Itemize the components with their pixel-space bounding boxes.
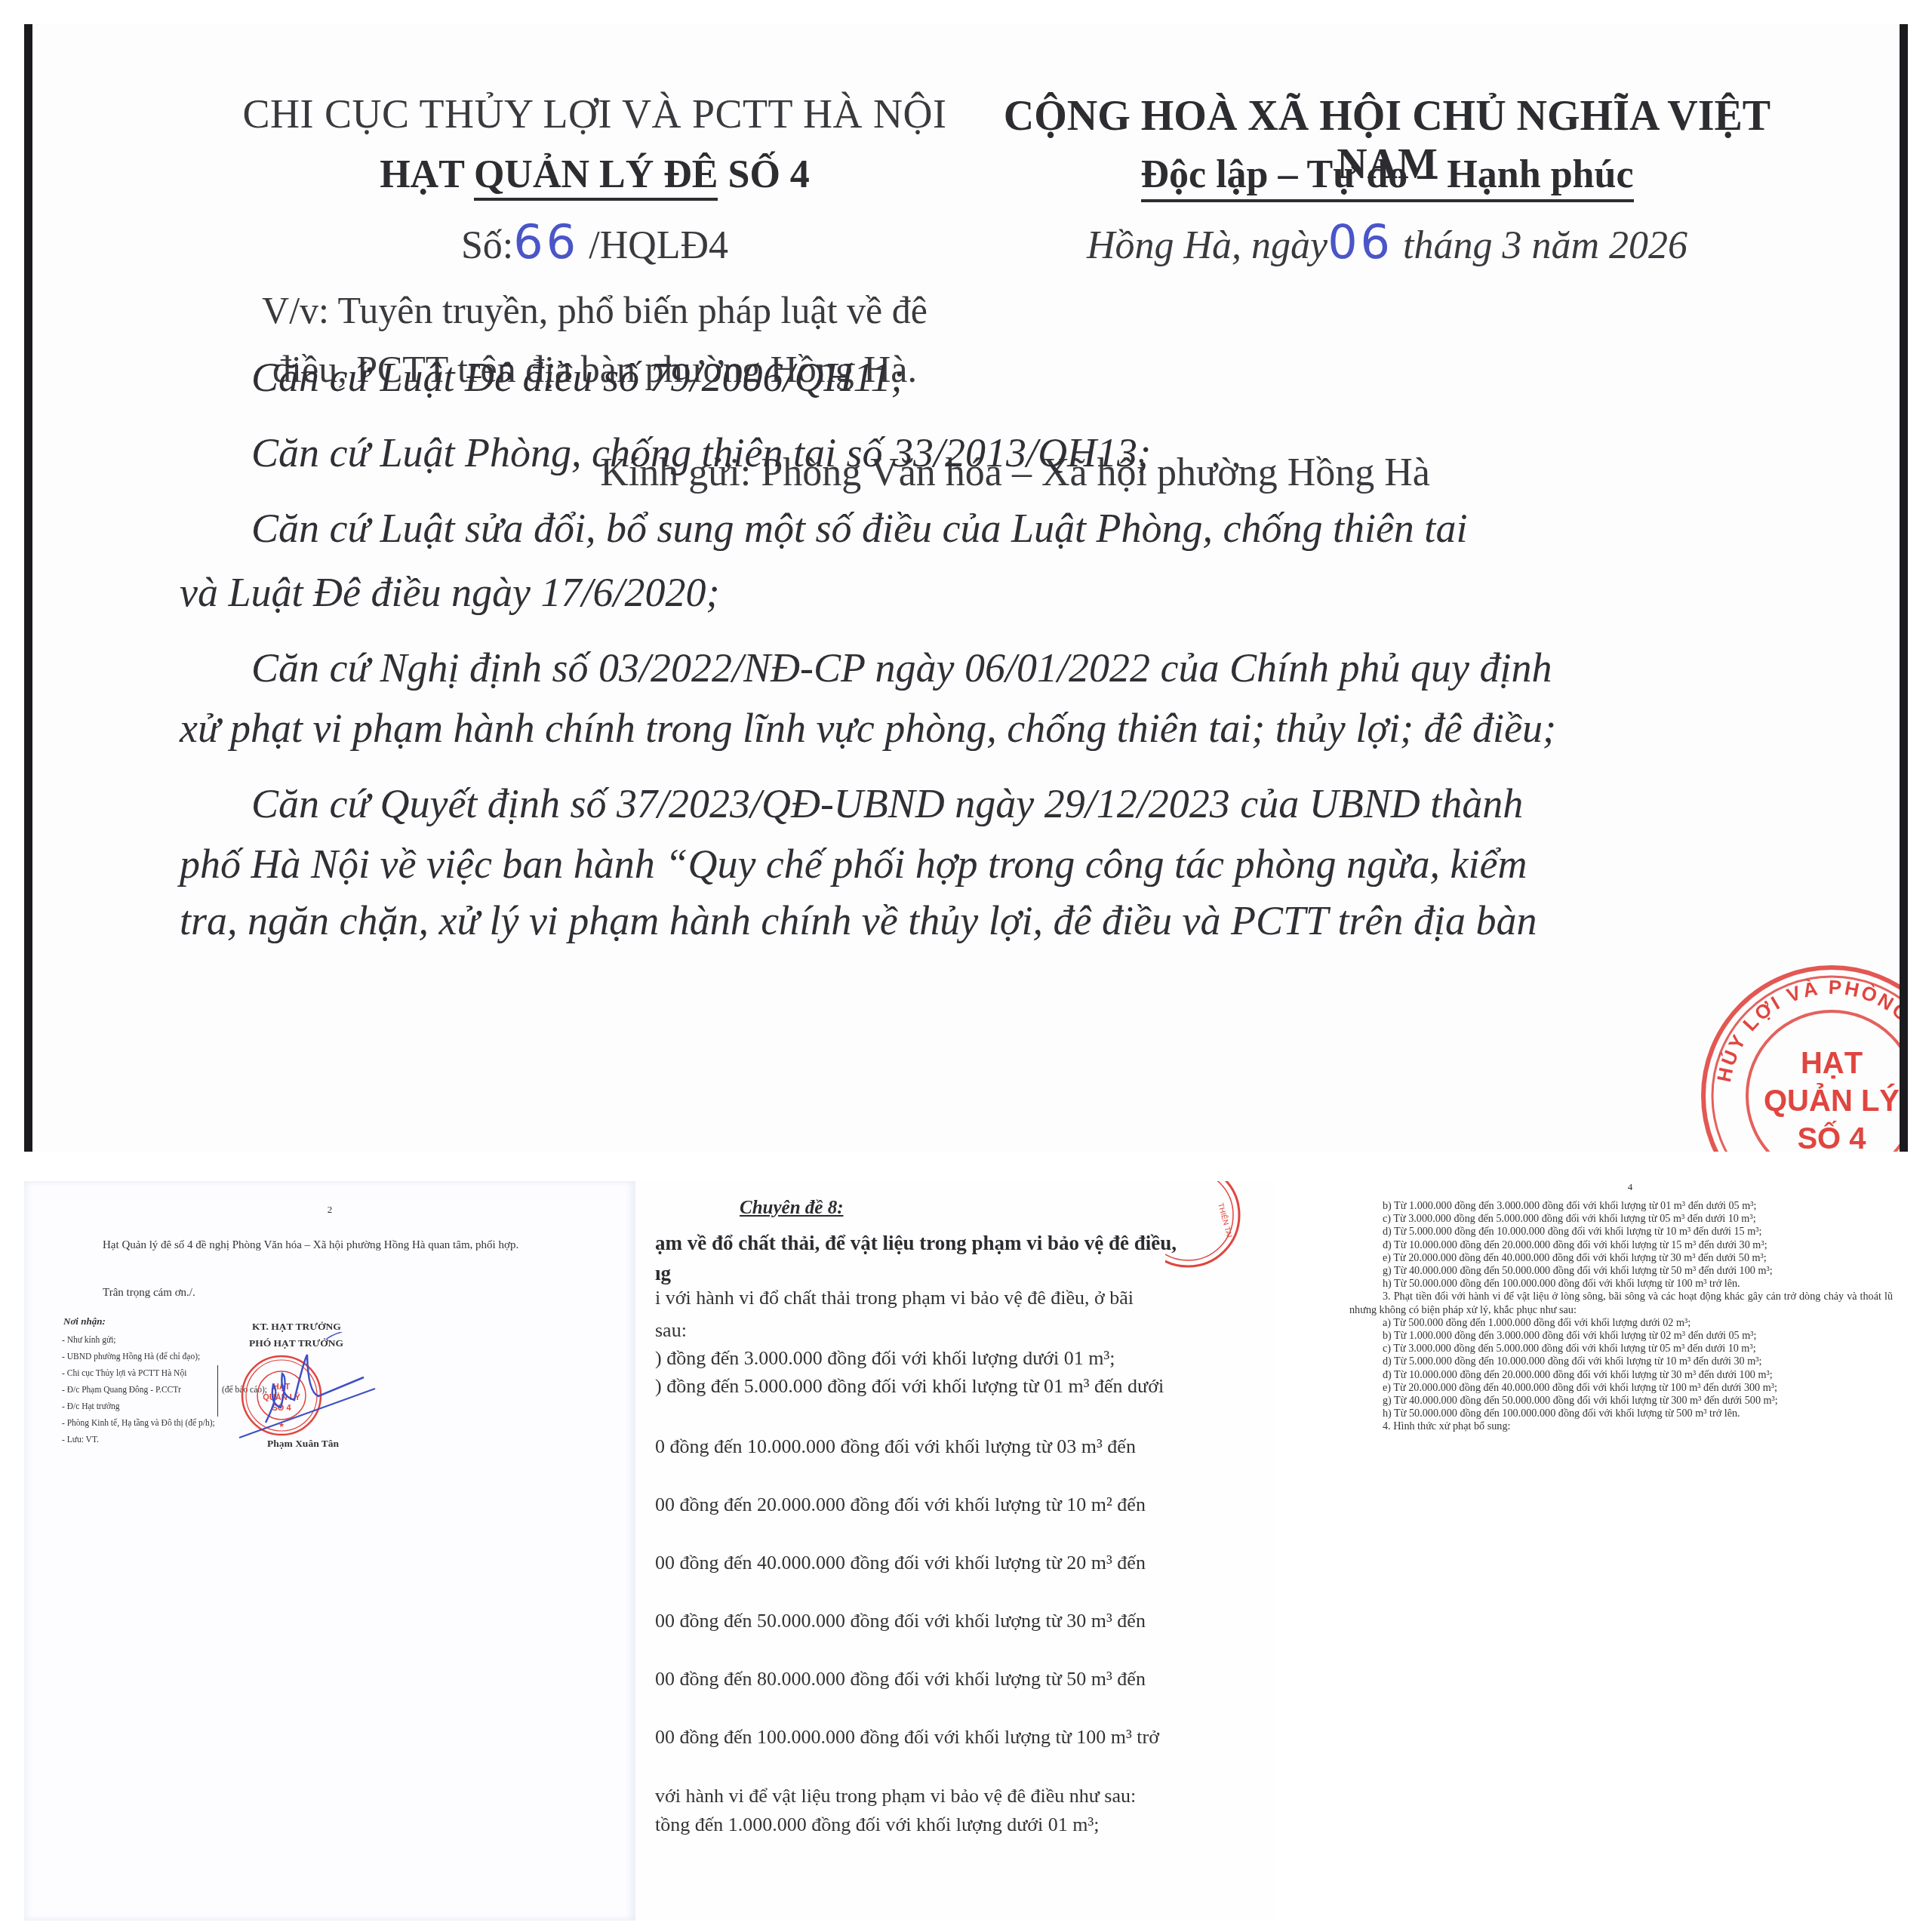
recipients-brace — [217, 1365, 218, 1417]
official-letter-page-1: CHI CỤC THỦY LỢI VÀ PCTT HÀ NỘI HẠT QUẢN… — [24, 24, 1908, 1152]
letter-page-2: 2 Hạt Quản lý đê số 4 đề nghị Phòng Văn … — [24, 1181, 635, 1921]
issuing-unit-underlined: QUẢN LÝ ĐÊ — [474, 153, 718, 201]
penalty-item: c) Từ 3.000.000 đồng đến 5.000.000 đồng … — [1349, 1343, 1893, 1355]
topic-line: ) đồng đến 5.000.000 đồng đối với khối l… — [655, 1375, 1164, 1398]
closing-thanks: Trân trọng cám ơn./. — [103, 1287, 195, 1300]
topic-8-page: Chuyên đề 8: ạm về đổ chất thải, để vật … — [635, 1181, 1277, 1921]
handwritten-signature-icon — [235, 1332, 386, 1445]
red-seal-stamp-icon: THIÊN TAI — [1165, 1181, 1277, 1272]
topic-line: i với hành vi đổ chất thải trong phạm vi… — [655, 1287, 1134, 1309]
recipient-item: - Đ/c Hạt trưởng — [62, 1398, 215, 1415]
svg-text:THIÊN TAI: THIÊN TAI — [1216, 1201, 1235, 1238]
svg-text:HẠT: HẠT — [1801, 1047, 1863, 1080]
issuing-agency: CHI CỤC THỦY LỢI VÀ PCTT HÀ NỘI — [221, 91, 968, 137]
topic-line: tồng đến 1.000.000 đồng đối với khối lượ… — [655, 1814, 1100, 1836]
penalty-clause-3: 3. Phạt tiền đối với hành vi để vật liệu… — [1349, 1291, 1893, 1316]
topic-line: 00 đồng đến 100.000.000 đồng đối với khố… — [655, 1726, 1159, 1749]
topic-line: 00 đồng đến 80.000.000 đồng đối với khối… — [655, 1668, 1146, 1690]
topic-line: 00 đồng đến 40.000.000 đồng đối với khối… — [655, 1552, 1146, 1574]
topic-line: ) đồng đến 3.000.000 đồng đối với khối l… — [655, 1347, 1115, 1370]
red-seal-stamp-icon: HỦY LỢI VÀ PHÒNG, CHỐNG HẠT QUẢN LÝ SỐ 4 — [1696, 960, 1908, 1152]
topic-heading: ạm về đổ chất thải, để vật liệu trong ph… — [655, 1228, 1177, 1288]
penalty-item: b) Từ 1.000.000 đồng đến 3.000.000 đồng … — [1349, 1330, 1893, 1343]
svg-text:QUẢN LÝ: QUẢN LÝ — [1764, 1083, 1900, 1118]
topic-line: 0 đồng đến 10.000.000 đồng đối với khối … — [655, 1435, 1136, 1458]
penalty-item: h) Từ 50.000.000 đồng đến 100.000.000 đồ… — [1349, 1278, 1893, 1291]
handwritten-day: 06 — [1327, 214, 1393, 269]
legal-basis-1: Căn cứ Luật Đê điều số 79/2006/QH11; — [251, 341, 1801, 414]
recipients-list: - Như kính gửi; - UBND phường Hồng Hà (đ… — [62, 1332, 215, 1448]
legal-basis-3-cont: và Luật Đê điều ngày 17/6/2020; — [180, 556, 1801, 629]
topic-line: 00 đồng đến 20.000.000 đồng đối với khối… — [655, 1494, 1146, 1516]
signer-name: Phạm Xuân Tân — [267, 1438, 339, 1450]
legal-basis-2: Căn cứ Luật Phòng, chống thiên tai số 33… — [251, 417, 1801, 489]
svg-text:SỐ 4: SỐ 4 — [1797, 1121, 1866, 1152]
penalty-item: c) Từ 3.000.000 đồng đến 5.000.000 đồng … — [1349, 1213, 1893, 1226]
page-number: 2 — [24, 1204, 635, 1216]
penalty-item: d) Từ 5.000.000 đồng đến 10.000.000 đồng… — [1349, 1226, 1893, 1238]
legal-basis-3: Căn cứ Luật sửa đổi, bổ sung một số điều… — [251, 492, 1801, 565]
recipient-item: - UBND phường Hồng Hà (để chỉ đạo); — [62, 1349, 215, 1365]
recipient-item: - Chi cục Thủy lợi và PCTT Hà Nội — [62, 1365, 215, 1382]
recipient-item: - Như kính gửi; — [62, 1332, 215, 1349]
clause-4-heading: 4. Hình thức xử phạt bổ sung: — [1349, 1420, 1893, 1433]
topic-line: với hành vi để vật liệu trong phạm vi bả… — [655, 1785, 1136, 1807]
penalty-item: g) Từ 40.000.000 đồng đến 50.000.000 đồn… — [1349, 1395, 1893, 1407]
national-motto: Độc lập – Tự do – Hạnh phúc — [961, 152, 1814, 197]
penalty-item: d) Từ 5.000.000 đồng đến 10.000.000 đồng… — [1349, 1355, 1893, 1368]
topic-title: Chuyên đề 8: — [740, 1198, 844, 1219]
recipients-title: Nơi nhận: — [63, 1315, 106, 1327]
legal-basis-5-cont2: tra, ngăn chặn, xử lý vi phạm hành chính… — [180, 884, 1801, 957]
penalty-list: b) Từ 1.000.000 đồng đến 3.000.000 đồng … — [1349, 1200, 1893, 1434]
recipient-item: - Đ/c Phạm Quang Đông - P.CCTr — [62, 1382, 215, 1398]
penalty-item: đ) Từ 10.000.000 đồng đến 20.000.000 đồn… — [1349, 1239, 1893, 1252]
recipient-item: - Lưu: VT. — [62, 1432, 215, 1448]
letter-page-4: 4 b) Từ 1.000.000 đồng đến 3.000.000 đồn… — [1343, 1181, 1932, 1932]
topic-line: 00 đồng đến 50.000.000 đồng đối với khối… — [655, 1610, 1146, 1632]
handwritten-number: 66 — [513, 214, 579, 269]
penalty-item: e) Từ 20.000.000 đồng đến 40.000.000 đồn… — [1349, 1252, 1893, 1265]
legal-basis-4-cont: xử phạt vi phạm hành chính trong lĩnh vự… — [180, 692, 1801, 764]
issuing-unit: HẠT QUẢN LÝ ĐÊ SỐ 4 — [221, 152, 968, 197]
topic-line: sau: — [655, 1319, 687, 1342]
penalty-item: đ) Từ 10.000.000 đồng đến 20.000.000 đồn… — [1349, 1369, 1893, 1382]
penalty-item: b) Từ 1.000.000 đồng đến 3.000.000 đồng … — [1349, 1200, 1893, 1213]
penalty-item: g) Từ 40.000.000 đồng đến 50.000.000 đồn… — [1349, 1265, 1893, 1278]
penalty-item: a) Từ 500.000 đồng đến 1.000.000 đồng đố… — [1349, 1317, 1893, 1330]
recipient-item: - Phòng Kinh tế, Hạ tầng và Đô thị (để p… — [62, 1415, 215, 1432]
document-date: Hồng Hà, ngày06 tháng 3 năm 2026 — [961, 214, 1814, 269]
penalty-item: h) Từ 50.000.000 đồng đến 100.000.000 đồ… — [1349, 1407, 1893, 1420]
penalty-item: e) Từ 20.000.000 đồng đến 40.000.000 đồn… — [1349, 1382, 1893, 1395]
page-number: 4 — [1343, 1181, 1917, 1193]
signature-title-1: KT. HẠT TRƯỞNG — [252, 1321, 341, 1333]
document-number: Số:66 /HQLĐ4 — [221, 214, 968, 269]
closing-request: Hạt Quản lý đê số 4 đề nghị Phòng Văn hó… — [80, 1234, 616, 1257]
